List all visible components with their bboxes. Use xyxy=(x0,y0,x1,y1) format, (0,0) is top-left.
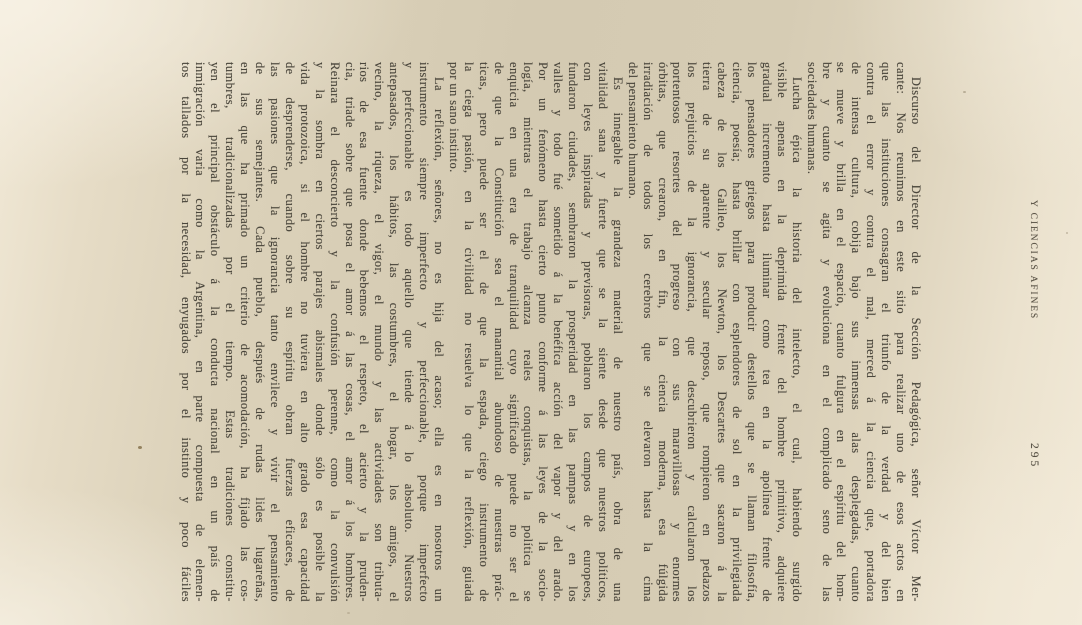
text-line: enquicia en una era de tranquilidad cuyo… xyxy=(506,62,521,602)
text-line: del pensamiento humano. xyxy=(625,62,640,602)
text-line: vecino, la riqueza, el vigor, el mundo y… xyxy=(371,62,386,602)
text-line: que las instituciones consagran el triun… xyxy=(878,62,893,602)
text-line: la ciega pasión, en la civilidad no resu… xyxy=(461,62,476,602)
scanned-book-page: Y CIENCIAS AFINES 295 Discurso del Direc… xyxy=(0,0,1082,625)
text-line: gradual incremento hasta iluminar como t… xyxy=(759,62,774,602)
text-line: los prejuicios de la ignorancia, que des… xyxy=(685,62,700,602)
text-line: de desprenderse, cuando sobre su espírit… xyxy=(282,62,297,602)
text-line: Es innegable la grandeza material de nue… xyxy=(610,62,625,602)
text-line: y perfeccionable es todo aquello que tie… xyxy=(401,62,416,602)
text-line: vida protozoica, si el hombre no tuviera… xyxy=(297,62,312,602)
text-line: Reinara el desconcierto y la confusión p… xyxy=(327,62,342,602)
text-line: de que la Constitución sea el manantial … xyxy=(491,62,506,602)
paper-speck xyxy=(138,446,142,449)
page-body-text: Discurso del Director de la Sección Peda… xyxy=(177,62,923,602)
text-line: vitalidad sana y fuerte que se la siente… xyxy=(595,62,610,602)
text-line: ticas, pero puede ser el de que la espad… xyxy=(476,62,491,602)
text-line: órbitas, que crearon, en fin, la ciencia… xyxy=(655,62,670,602)
paper-speck xyxy=(1066,232,1068,234)
text-line: La reflexión, señores, no es hija del ac… xyxy=(431,62,446,602)
text-line: yen el principal obstáculo á la conducta… xyxy=(208,62,223,602)
running-header: Y CIENCIAS AFINES 295 xyxy=(1024,62,1040,602)
text-line: bre y cuanto se agita y evoluciona en el… xyxy=(819,62,834,602)
text-line: rios de esa fuente donde bebemos el resp… xyxy=(357,62,372,602)
text-line: antepasados, los hábitos, las costumbres… xyxy=(386,62,401,602)
text-line: valles y todo fué sometido á la benéfica… xyxy=(550,62,565,602)
text-line: Discurso del Director de la Sección Peda… xyxy=(908,62,923,602)
paper-speck xyxy=(347,612,350,614)
text-line: tierra de su aparente y secular reposo, … xyxy=(699,62,714,602)
text-line: logía, mientras el trabajo alcanza reale… xyxy=(521,62,536,602)
text-line: irradiación de todos los cerebros que se… xyxy=(640,62,655,602)
text-line: en las que ha primado un criterio de aco… xyxy=(237,62,252,602)
text-line: de intensa cultura, cobija bajo sus inme… xyxy=(848,62,863,602)
running-header-title: Y CIENCIAS AFINES xyxy=(1028,200,1038,320)
text-line: tumbres, tradicionalizadas por el tiempo… xyxy=(222,62,237,602)
text-line: tos tallados por la necesidad, enyugados… xyxy=(178,62,193,602)
text-line: inmigración varia como la Argentina, en … xyxy=(193,62,208,602)
text-line: sociedades humanas. xyxy=(804,62,819,602)
text-line: los pensadores griegos para producir des… xyxy=(744,62,759,602)
text-line: fundaron ciudades, sembraron la prosperi… xyxy=(565,62,580,602)
text-line: cia, triade sobre que posa el amor á las… xyxy=(342,62,357,602)
text-line: visible apenas en la deprimida frente de… xyxy=(774,62,789,602)
text-line: Por un fenómeno hasta cierto punto confo… xyxy=(535,62,550,602)
text-line: contra el error y contra el mal, merced … xyxy=(863,62,878,602)
text-line: cabeza de los Galileo, los Newton, los D… xyxy=(714,62,729,602)
page-number: 295 xyxy=(1028,443,1040,469)
text-line: por un sano instinto. xyxy=(446,62,461,602)
text-line: con leyes inspiradas y previsoras, pobla… xyxy=(580,62,595,602)
text-line: se mueve y brilla en el espacio, cuanto … xyxy=(834,62,849,602)
text-line: portentosos resortes del progreso con su… xyxy=(670,62,685,602)
text-line: instrumento siempre imperfecto y perfecc… xyxy=(416,62,431,602)
text-line: las pasiones que la ignorancia tanto env… xyxy=(267,62,282,602)
text-line: cante: Nos reunimos en este sitio para r… xyxy=(893,62,908,602)
text-line: ciencia, poesía; hasta brillar con esple… xyxy=(729,62,744,602)
text-line: de sus semejantes. Cada pueblo, después … xyxy=(252,62,267,602)
text-line: Lucha épica la historia del intelecto, e… xyxy=(789,62,804,602)
text-line: y la sombra en ciertos parajes abismales… xyxy=(312,62,327,602)
paper-speck xyxy=(963,91,966,93)
